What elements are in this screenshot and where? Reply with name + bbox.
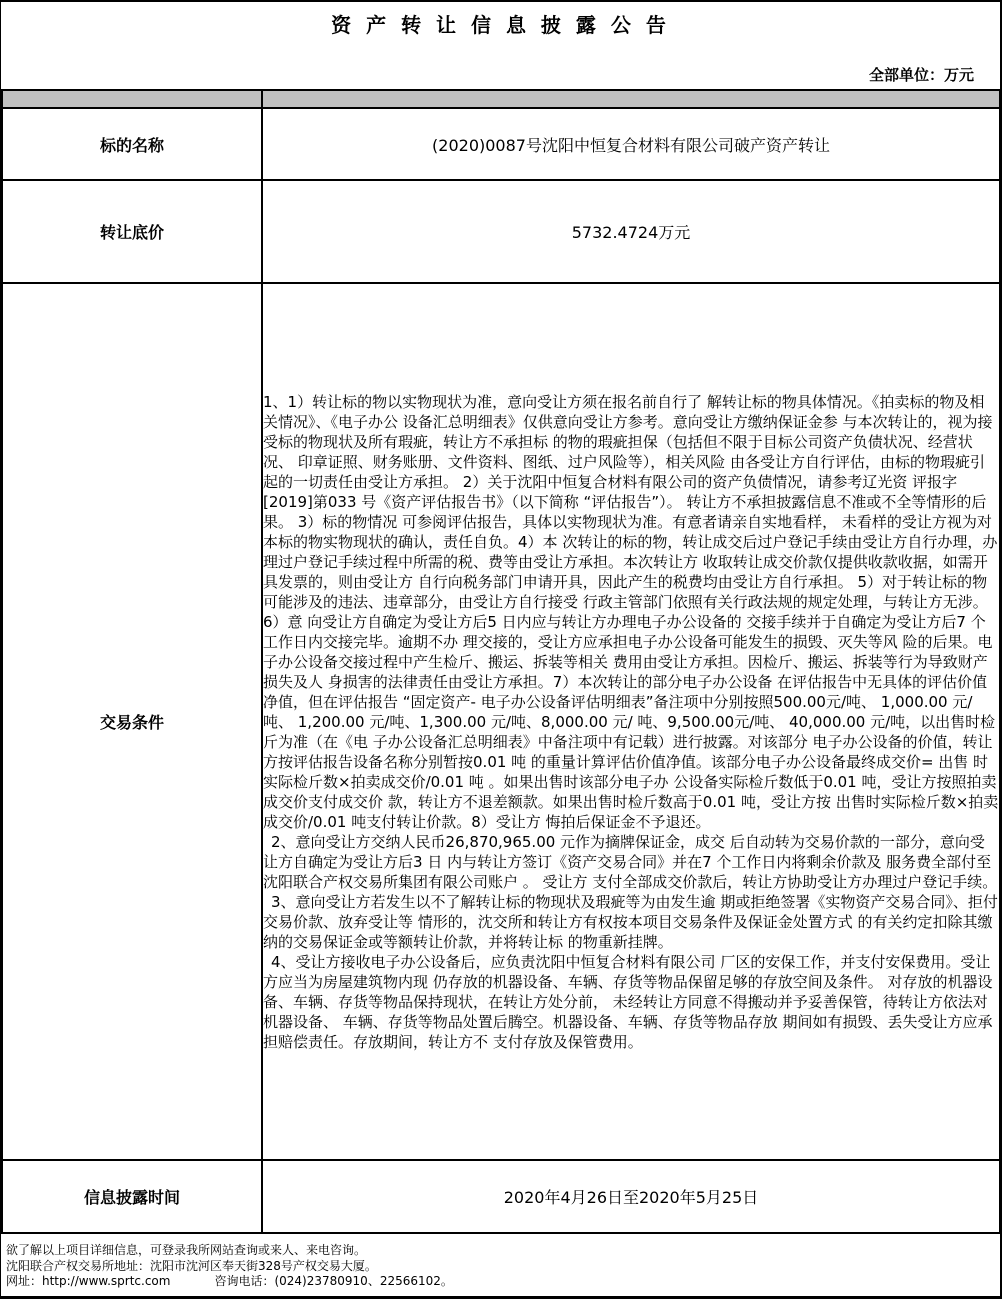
conditions-paragraph-3: 3、意向受让方若发生以不了解转让标的物现状及瑕疵等为由发生逾 期或拒绝签署《实物… — [263, 892, 999, 952]
table-row-conditions: 交易条件 1、1）转让标的物以实物现状为准，意向受让方须在报名前自行了 解转让标… — [2, 283, 1000, 1160]
base-price-value: 5732.4724万元 — [262, 180, 1000, 283]
conditions-label: 交易条件 — [2, 283, 262, 1160]
header-value-cell — [262, 90, 1000, 108]
conditions-paragraph-2: 2、意向受让方交纳人民币26,870,965.00 元作为摘牌保证金，成交 后自… — [263, 832, 999, 892]
table-row-base-price: 转让底价 5732.4724万元 — [2, 180, 1000, 283]
header-label-cell — [2, 90, 262, 108]
unit-note: 全部单位：万元 — [869, 64, 974, 85]
disclosure-period-value: 2020年4月26日至2020年5月25日 — [262, 1160, 1000, 1233]
conditions-value: 1、1）转让标的物以实物现状为准，意向受让方须在报名前自行了 解转让标的物具体情… — [262, 283, 1000, 1160]
page-title: 资 产 转 让 信 息 披 露 公 告 — [1, 2, 1000, 38]
announcement-page: 资 产 转 让 信 息 披 露 公 告 全部单位：万元 标的名称 (2020)0… — [0, 0, 1002, 1299]
table-row-disclosure-period: 信息披露时间 2020年4月26日至2020年5月25日 — [2, 1160, 1000, 1233]
conditions-paragraph-4: 4、受让方接收电子办公设备后，应负责沈阳中恒复合材料有限公司 厂区的安保工作，并… — [263, 952, 999, 1052]
table-header-row — [2, 90, 1000, 108]
disclosure-period-label: 信息披露时间 — [2, 1160, 262, 1233]
footer-website: 网址：http://www.sprtc.com — [6, 1274, 170, 1288]
footer-phone: 咨询电话：(024)23780910、22566102。 — [214, 1274, 452, 1288]
subject-name-label: 标的名称 — [2, 108, 262, 180]
disclosure-table: 标的名称 (2020)0087号沈阳中恒复合材料有限公司破产资产转让 转让底价 … — [1, 89, 1001, 1234]
footer-notes: 欲了解以上项目详细信息，可登录我所网站查询或来人、来电咨询。 沈阳联合产权交易所… — [6, 1243, 995, 1290]
footer-address: 沈阳联合产权交易所地址：沈阳市沈河区奉天街328号产权交易大厦。 — [6, 1259, 995, 1275]
footer-website-phone: 网址：http://www.sprtc.com咨询电话：(024)2378091… — [6, 1274, 995, 1290]
footer-contact-note: 欲了解以上项目详细信息，可登录我所网站查询或来人、来电咨询。 — [6, 1243, 995, 1259]
conditions-paragraph-1: 1、1）转让标的物以实物现状为准，意向受让方须在报名前自行了 解转让标的物具体情… — [263, 392, 999, 832]
base-price-label: 转让底价 — [2, 180, 262, 283]
table-row-subject-name: 标的名称 (2020)0087号沈阳中恒复合材料有限公司破产资产转让 — [2, 108, 1000, 180]
subject-name-value: (2020)0087号沈阳中恒复合材料有限公司破产资产转让 — [262, 108, 1000, 180]
